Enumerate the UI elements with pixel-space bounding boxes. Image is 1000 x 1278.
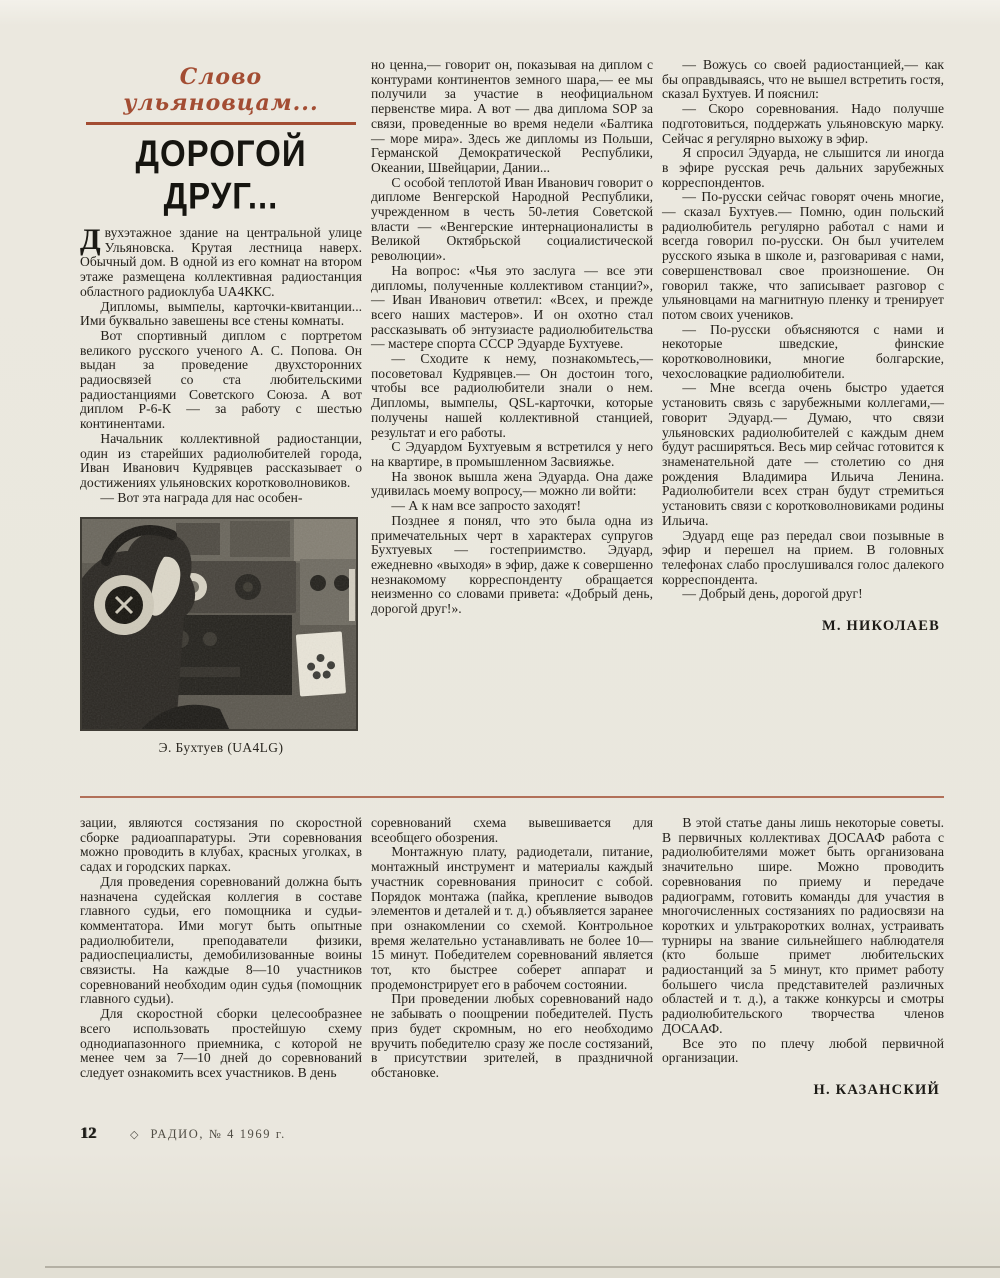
paragraph: соревнований схема вывешивается для всео… xyxy=(371,816,653,845)
paragraph: В этой статье даны лишь некоторые советы… xyxy=(662,816,944,1037)
author-signature: М. НИКОЛАЕВ xyxy=(662,618,944,635)
column-3-text: — Вожусь со своей радиостанцией,— как бы… xyxy=(662,58,944,602)
paragraph: Все это по плечу любой первичной организ… xyxy=(662,1037,944,1066)
paragraph: Вот спортивный диплом с портретом велико… xyxy=(80,329,362,432)
paragraph: — А к нам все запросто заходят! xyxy=(371,499,653,514)
section-kicker: Слово ульяновцам... xyxy=(86,60,356,125)
section-divider xyxy=(80,796,944,798)
diamond-icon: ◇ xyxy=(130,1128,138,1141)
paragraph: Дипломы, вымпелы, карточки-квитанции... … xyxy=(80,300,362,329)
bottom-column-2-text: соревнований схема вывешивается для всео… xyxy=(371,816,653,1081)
paragraph: — По-русски объясняются с нами и некотор… xyxy=(662,323,944,382)
paragraph: Позднее я понял, что это была одна из пр… xyxy=(371,514,653,617)
paragraph: Я спросил Эдуарда, не слышится ли иногда… xyxy=(662,146,944,190)
page-footer: 12 ◇ РАДИО, № 4 1969 г. xyxy=(80,1125,944,1143)
page-content: Слово ульяновцам... ДОРОГОЙ ДРУГ... Двух… xyxy=(80,58,944,1143)
paragraph: Для проведения соревнований должна быть … xyxy=(80,875,362,1007)
paragraph: С Эдуардом Бухтуевым я встретился у него… xyxy=(371,440,653,469)
drop-cap: Д xyxy=(80,226,105,252)
author-signature-2: Н. КАЗАНСКИЙ xyxy=(662,1082,944,1099)
paragraph: — Сходите к нему, познакомьтесь,— посове… xyxy=(371,352,653,440)
paragraph: При проведении любых соревнований надо н… xyxy=(371,992,653,1080)
bottom-column-3: В этой статье даны лишь некоторые советы… xyxy=(662,816,944,1099)
page-number: 12 xyxy=(80,1125,96,1143)
photo-bukhtuev-at-radio xyxy=(80,517,358,731)
article-dear-friend: Слово ульяновцам... ДОРОГОЙ ДРУГ... Двух… xyxy=(80,58,944,770)
column-1-text: Двухэтажное здание на центральной улице … xyxy=(80,226,362,505)
paragraph: но ценна,— говорит он, показывая на дипл… xyxy=(371,58,653,176)
paragraph: Эдуард еще раз передал свои позывные в э… xyxy=(662,529,944,588)
paragraph: Двухэтажное здание на центральной улице … xyxy=(80,226,362,300)
paragraph: На звонок вышла жена Эдуарда. Она даже у… xyxy=(371,470,653,499)
paragraph: зации, являются состязания по скоростной… xyxy=(80,816,362,875)
paragraph: Начальник коллективной радиостанции, оди… xyxy=(80,432,362,491)
paragraph: — Добрый день, дорогой друг! xyxy=(662,587,944,602)
column-2-text: но ценна,— говорит он, показывая на дипл… xyxy=(371,58,653,617)
column-2: но ценна,— говорит он, показывая на дипл… xyxy=(371,58,653,770)
bottom-column-2: соревнований схема вывешивается для всео… xyxy=(371,816,653,1099)
journal-issue-line: РАДИО, № 4 1969 г. xyxy=(150,1127,285,1142)
paragraph: — Вот эта награда для нас особен- xyxy=(80,491,362,506)
paragraph: На вопрос: «Чья это заслуга — все эти ди… xyxy=(371,264,653,352)
paragraph: С особой теплотой Иван Иванович говорит … xyxy=(371,176,653,264)
column-1: Слово ульяновцам... ДОРОГОЙ ДРУГ... Двух… xyxy=(80,58,362,770)
bottom-column-3-text: В этой статье даны лишь некоторые советы… xyxy=(662,816,944,1066)
paragraph: Монтажную плату, радиодетали, питание, м… xyxy=(371,845,653,992)
paragraph: — Вожусь со своей радиостанцией,— как бы… xyxy=(662,58,944,102)
bottom-column-1-text: зации, являются состязания по скоростной… xyxy=(80,816,362,1081)
column-3: — Вожусь со своей радиостанцией,— как бы… xyxy=(662,58,944,770)
article-dosaaf-contests: зации, являются состязания по скоростной… xyxy=(80,816,944,1099)
bottom-column-1: зации, являются состязания по скоростной… xyxy=(80,816,362,1099)
paragraph: — Скоро соревнования. Надо получше подго… xyxy=(662,102,944,146)
paragraph: Для скоростной сборки целесообразнее все… xyxy=(80,1007,362,1081)
photo-figure: Э. Бухтуев (UA4LG) xyxy=(80,517,362,756)
paragraph: — По-русски сейчас говорят очень многие,… xyxy=(662,190,944,322)
magazine-page: Слово ульяновцам... ДОРОГОЙ ДРУГ... Двух… xyxy=(0,0,1000,1278)
photo-caption: Э. Бухтуев (UA4LG) xyxy=(80,740,362,756)
article-title: ДОРОГОЙ ДРУГ... xyxy=(80,132,362,217)
paragraph: — Мне всегда очень быстро удается устано… xyxy=(662,381,944,528)
